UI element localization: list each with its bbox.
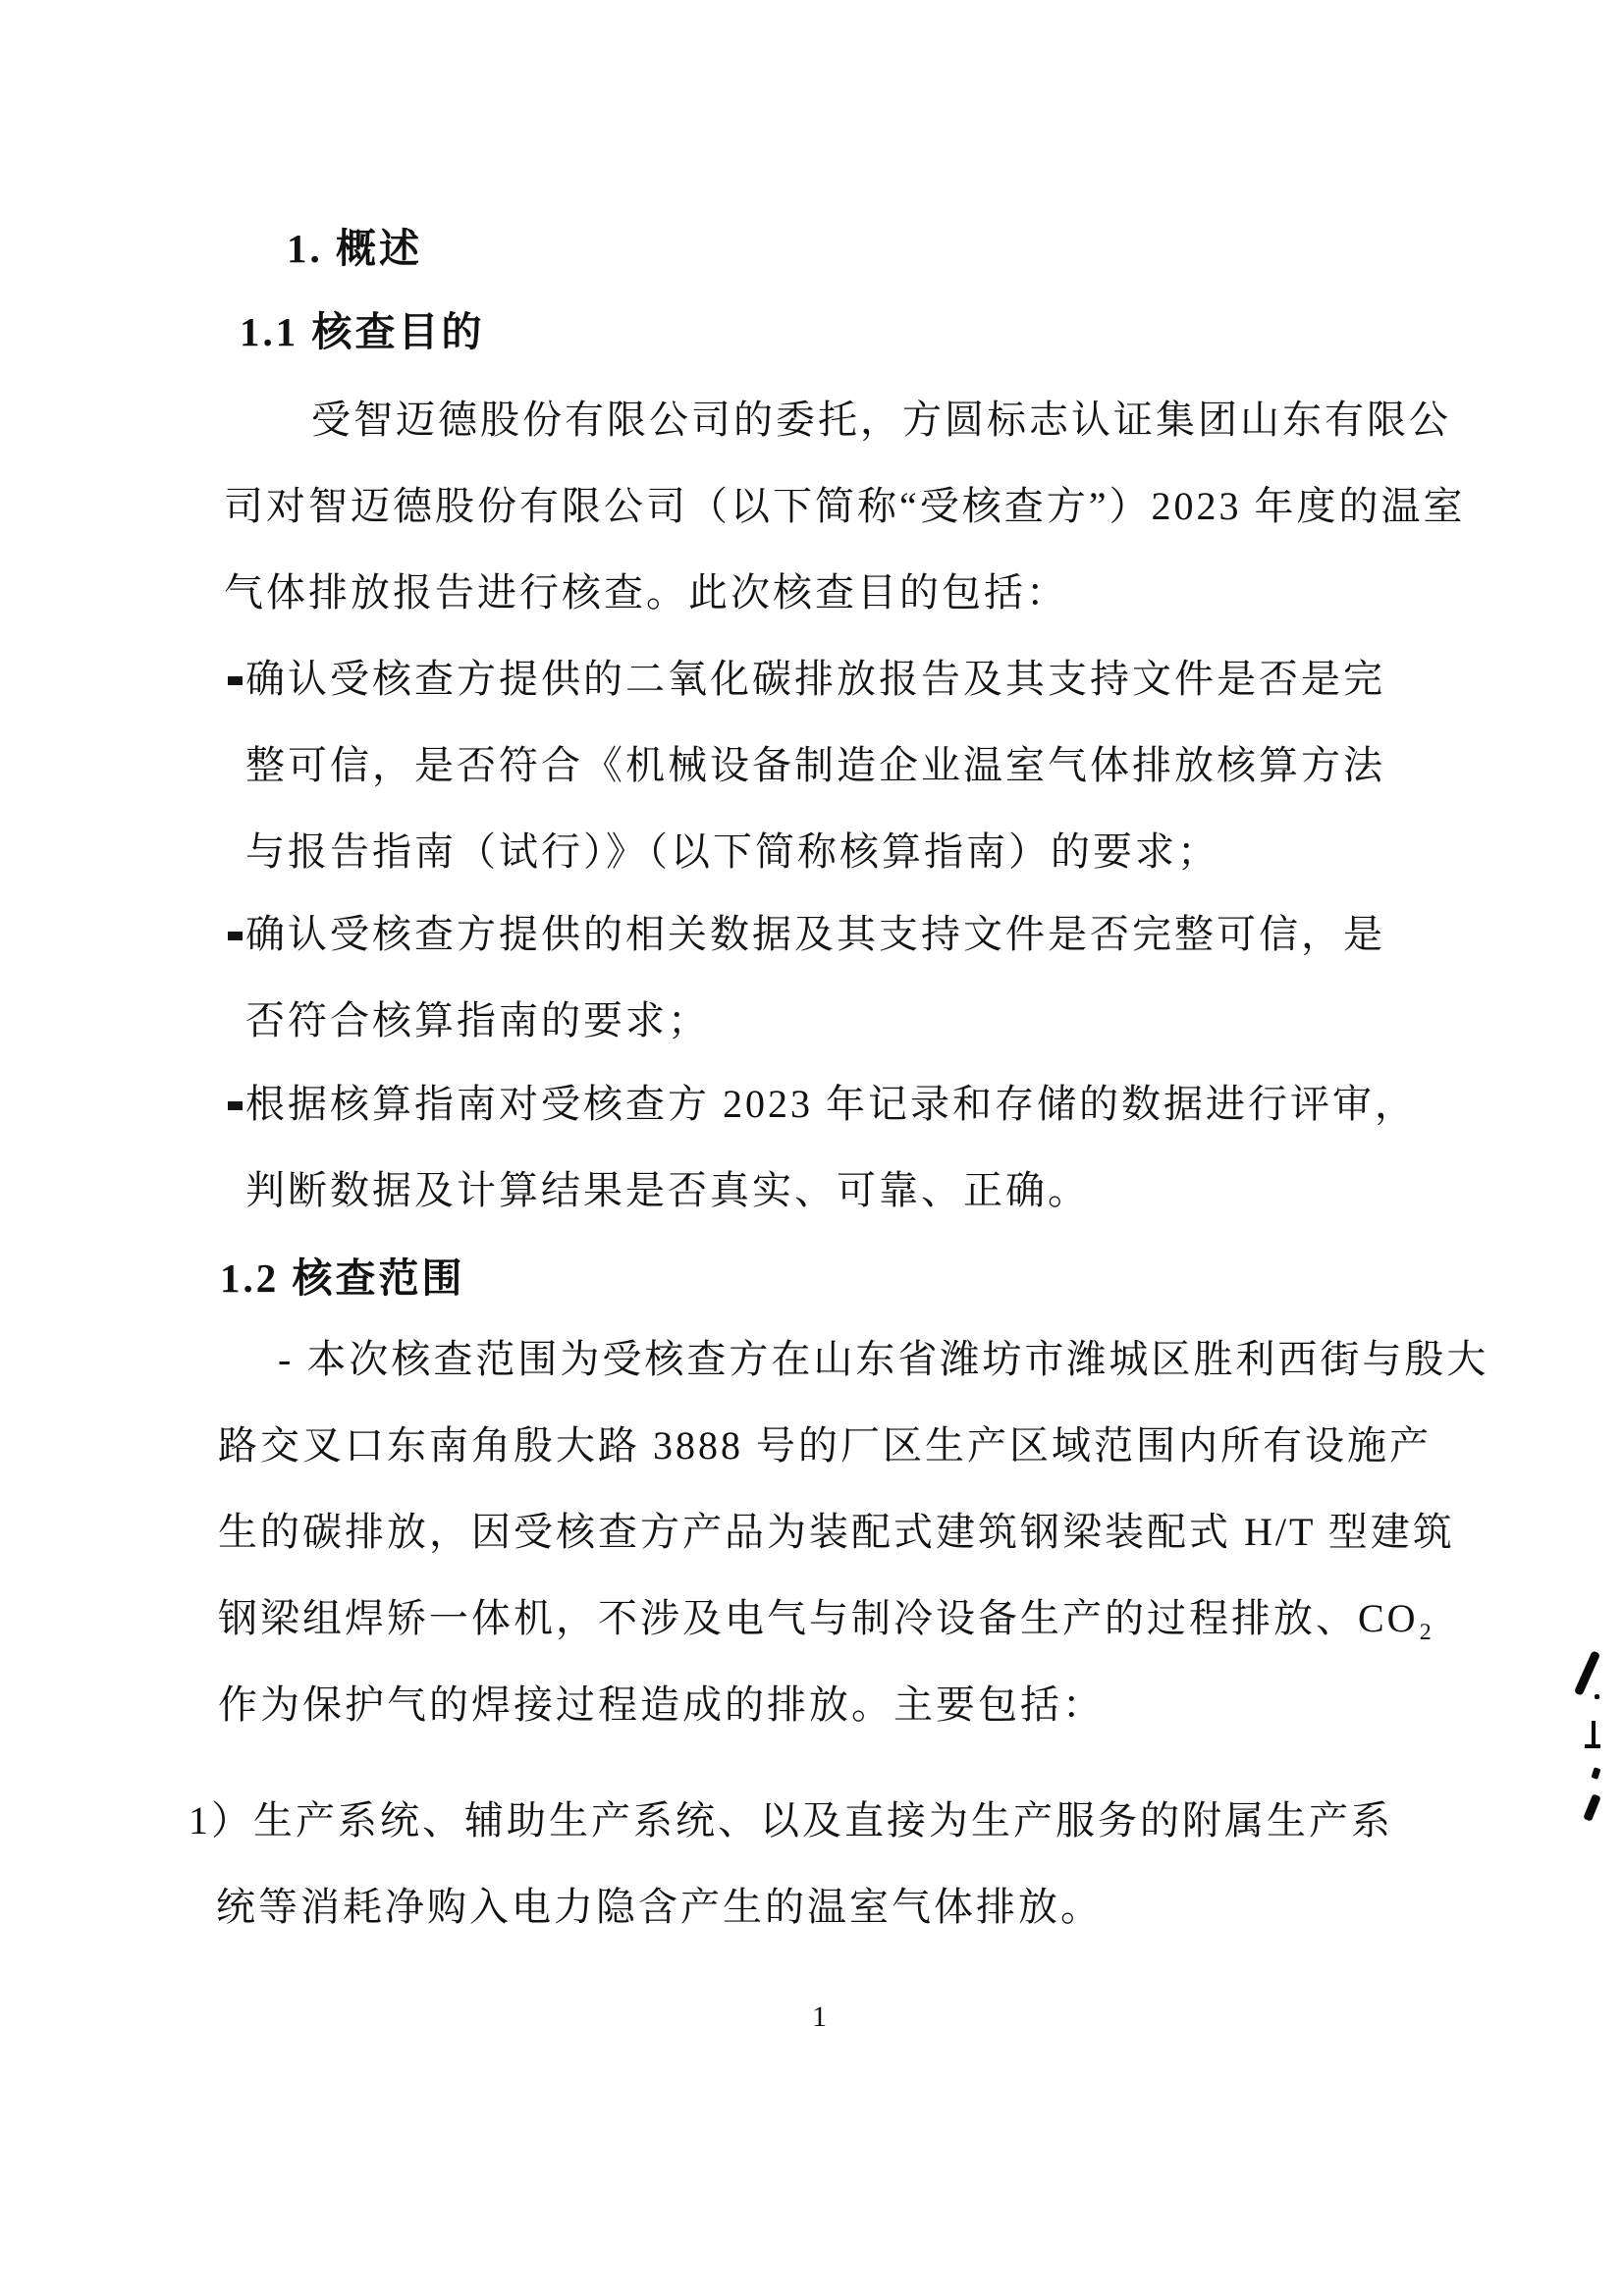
dash-bullet-icon [228,676,243,685]
scan-artifact-mark [1574,1650,1600,1696]
document-page: 1. 概述 1.1 核查目的 受智迈德股份有限公司的委托，方圆标志认证集团山东有… [0,0,1623,2296]
section-1-2-paragraph: - 本次核查范围为受核查方在山东省潍坊市潍城区胜利西街与殷大 路交叉口东南角殷大… [218,1316,1488,1748]
text-line: 1）生产系统、辅助生产系统、以及直接为生产服务的附属生产系 [189,1778,1393,1864]
section-1-heading: 1. 概述 [287,205,422,292]
section-1-2-heading: 1.2 核查范围 [220,1235,465,1321]
section-1-1-heading: 1.1 核查目的 [240,289,485,375]
text-line: 钢梁组焊矫一体机，不涉及电气与制冷设备生产的过程排放、CO₂ [218,1575,1488,1662]
scan-artifact-mark [1591,1767,1600,1780]
text-line: 与报告指南（试行）》（以下简称核算指南）的要求； [245,809,1385,895]
text-line: 确认受核查方提供的相关数据及其支持文件是否完整可信，是 [245,891,1385,978]
bullet-item: 确认受核查方提供的二氧化碳排放报告及其支持文件是否是完 整可信，是否符合《机械设… [228,636,1385,895]
dash-bullet-icon [228,1101,243,1110]
section-1-1-paragraph: 受智迈德股份有限公司的委托，方圆标志认证集团山东有限公 司对智迈德股份有限公司（… [224,377,1466,636]
text-line: 作为保护气的焊接过程造成的排放。主要包括： [218,1662,1488,1748]
scan-artifact-mark [1585,1744,1600,1748]
text-line: 司对智迈德股份有限公司（以下简称“受核查方”）2023 年度的温室 [224,463,1466,550]
bullet-text: 确认受核查方提供的二氧化碳排放报告及其支持文件是否是完 整可信，是否符合《机械设… [245,636,1385,895]
text-line: 否符合核算指南的要求； [245,978,1385,1064]
dash-bullet-icon [228,932,243,940]
bullet-item: 根据核算指南对受核查方 2023 年记录和存储的数据进行评审， 判断数据及计算结… [228,1061,1417,1234]
text-line: 判断数据及计算结果是否真实、可靠、正确。 [245,1148,1417,1234]
text-line: 整可信，是否符合《机械设备制造企业温室气体排放核算方法 [245,722,1385,809]
text-line: 路交叉口东南角殷大路 3888 号的厂区生产区域范围内所有设施产 [218,1403,1488,1489]
text-line: 统等消耗净购入电力隐含产生的温室气体排放。 [216,1864,1393,1950]
scan-artifact-mark [1595,1694,1599,1699]
scan-artifact-mark [1592,1721,1596,1745]
text-line: - 本次核查范围为受核查方在山东省潍坊市潍城区胜利西街与殷大 [278,1316,1488,1403]
text-line: 确认受核查方提供的二氧化碳排放报告及其支持文件是否是完 [245,636,1385,722]
bullet-text: 确认受核查方提供的相关数据及其支持文件是否完整可信，是 否符合核算指南的要求； [245,891,1385,1064]
text-line: 生的碳排放，因受核查方产品为装配式建筑钢梁装配式 H/T 型建筑 [218,1489,1488,1575]
numbered-item-1: 1）生产系统、辅助生产系统、以及直接为生产服务的附属生产系 统等消耗净购入电力隐… [189,1778,1393,1950]
text-line: 受智迈德股份有限公司的委托，方圆标志认证集团山东有限公 [224,377,1466,463]
text-line: 根据核算指南对受核查方 2023 年记录和存储的数据进行评审， [245,1061,1417,1148]
bullet-item: 确认受核查方提供的相关数据及其支持文件是否完整可信，是 否符合核算指南的要求； [228,891,1385,1064]
page-number: 1 [0,1994,1623,2041]
bullet-text: 根据核算指南对受核查方 2023 年记录和存储的数据进行评审， 判断数据及计算结… [245,1061,1417,1234]
scan-artifact-mark [1583,1793,1600,1821]
text-line: 气体排放报告进行核查。此次核查目的包括： [224,550,1466,636]
